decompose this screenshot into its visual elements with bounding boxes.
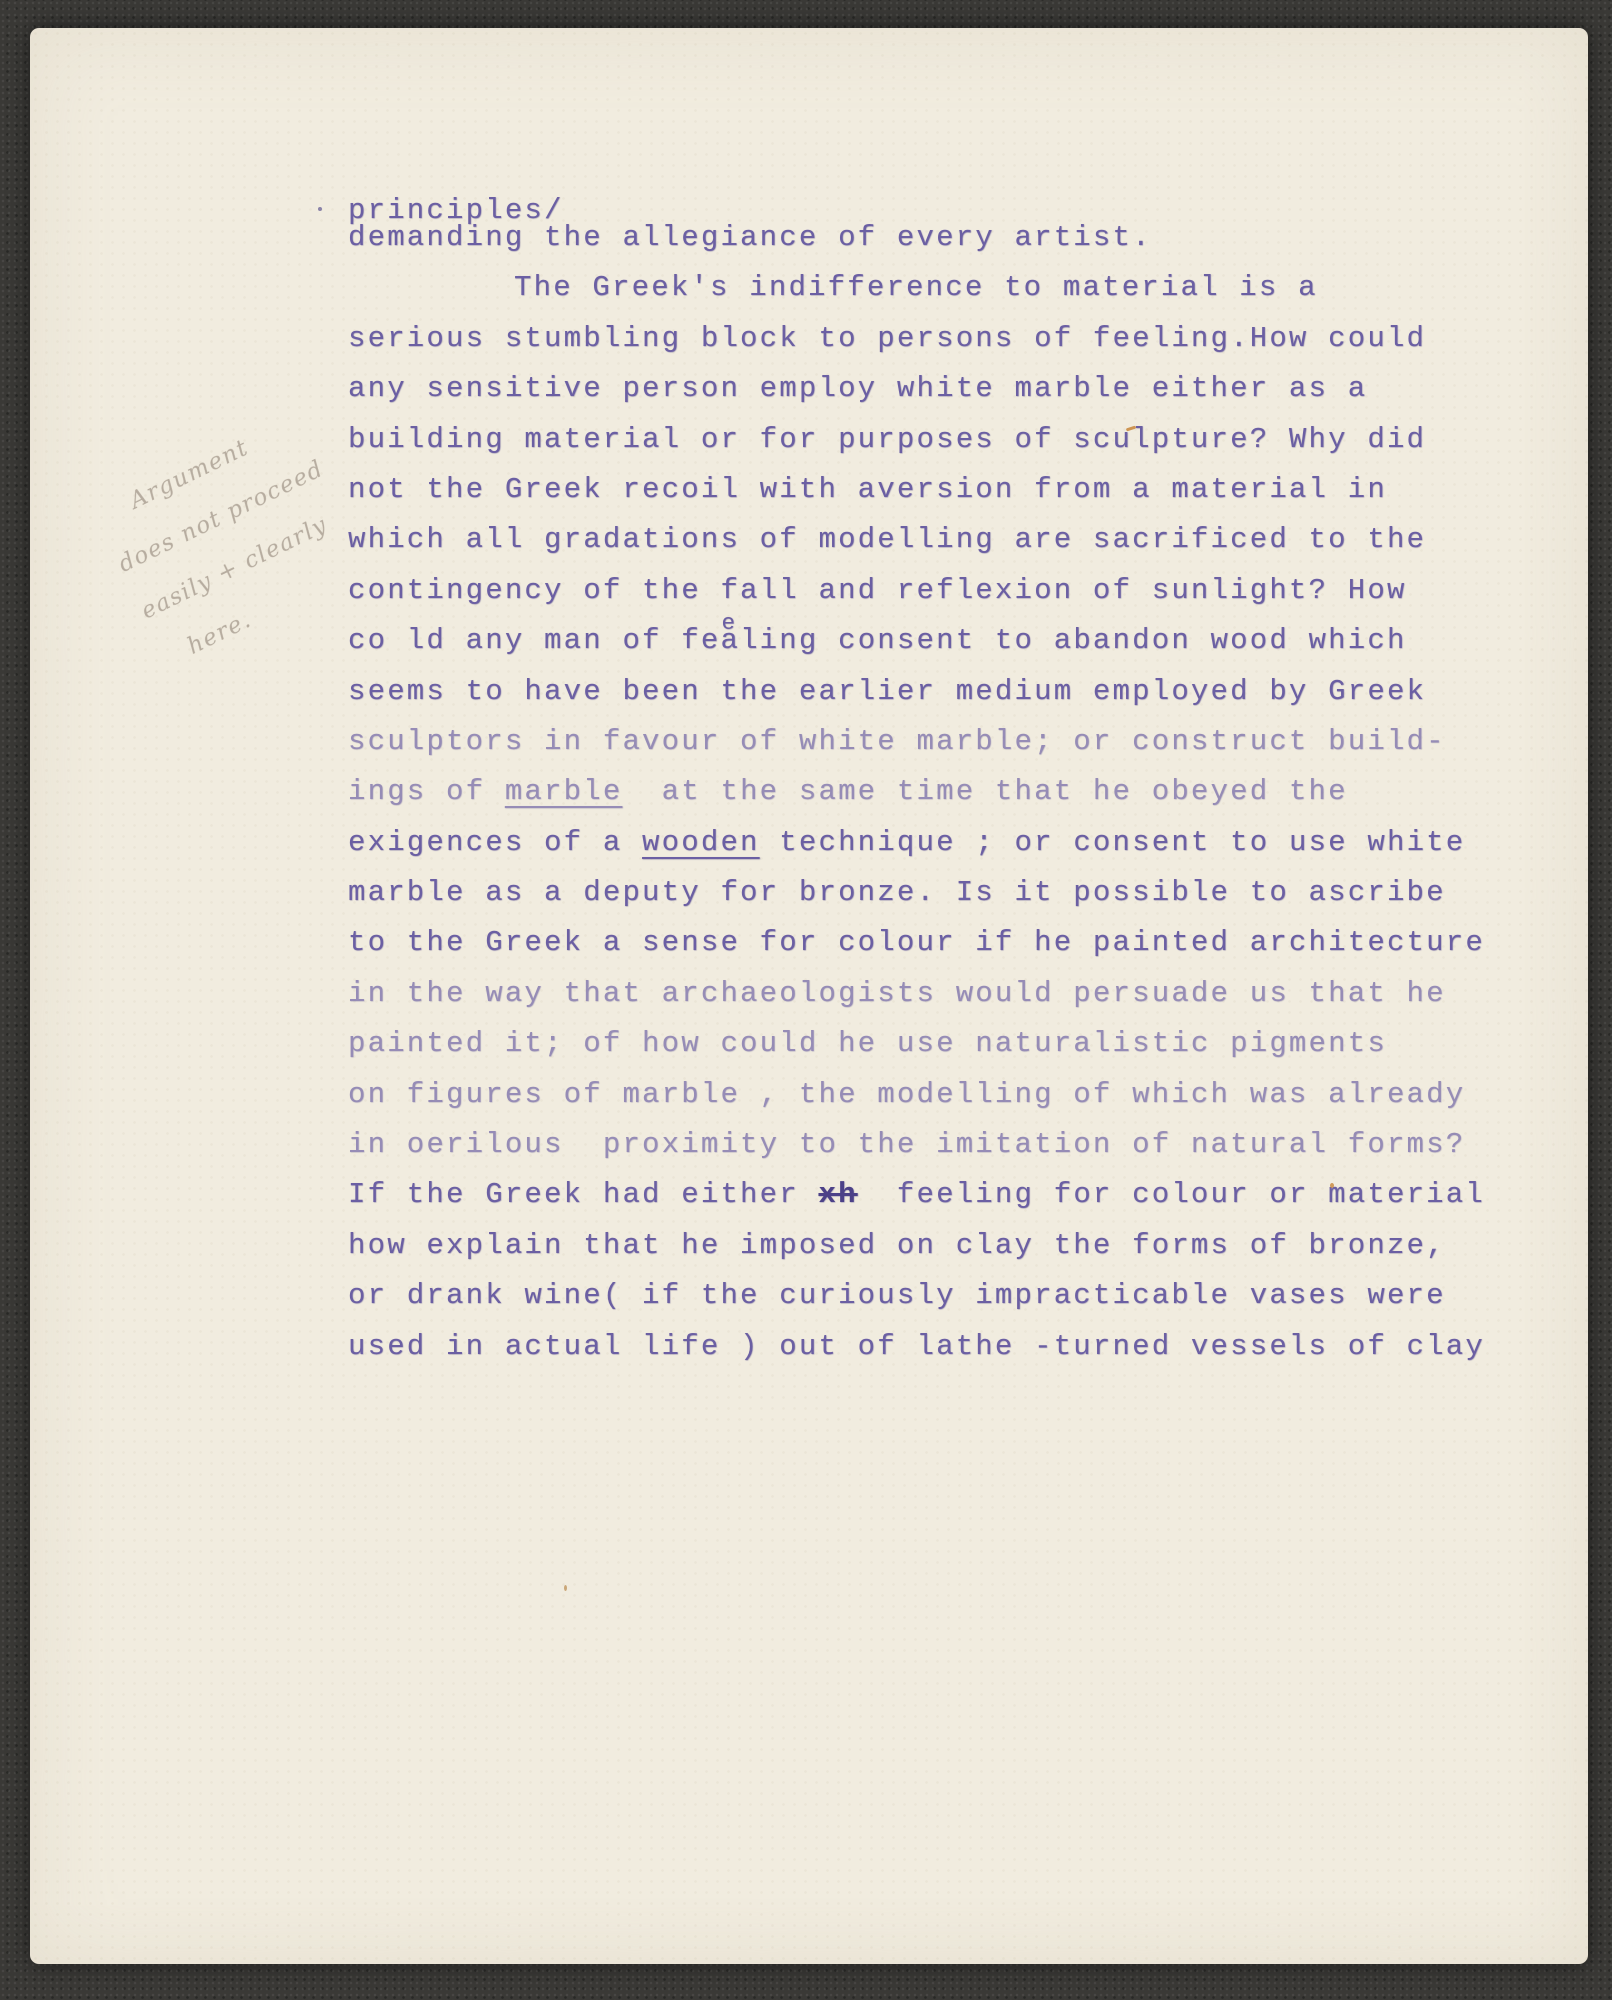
typescript-line: how explain that he imposed on clay the … [348,1229,1558,1279]
typescript-segment: seems to have been the earlier medium em… [348,675,1426,708]
typescript-segment: how explain that he imposed on clay the … [348,1229,1446,1262]
typescript-line: principles/ [348,194,1558,221]
typescript-line: to the Greek a sense for colour if he pa… [348,926,1558,976]
typescript-segment: co ld any man of fe [348,624,720,657]
typescript-segment: on figures of marble , the modelling of … [348,1078,1465,1111]
typescript-line: painted it; of how could he use naturali… [348,1027,1558,1077]
typescript-line: marble as a deputy for bronze. Is it pos… [348,876,1558,926]
typescript-line: The Greek's indifference to material is … [348,271,1558,321]
typed-correction-letter: e [721,610,735,636]
typescript-segment: in the way that archaeologists would per… [348,977,1446,1010]
paper-sheet: Argumentdoes not proceedeasily + clearly… [30,28,1588,1964]
ink-speck [318,207,322,211]
typescript-segment: painted it; of how could he use naturali… [348,1027,1387,1060]
typescript-segment: If the Greek had either [348,1178,818,1211]
typescript-segment: which all gradations of modelling are sa… [348,523,1426,556]
typescript-segment: serious stumbling block to persons of fe… [348,322,1426,355]
paper-blemish [564,1585,567,1591]
scan-background: Argumentdoes not proceedeasily + clearly… [0,0,1612,2000]
typescript-line: or drank wine( if the curiously impracti… [348,1279,1558,1329]
typescript-line: contingency of the fall and reflexion of… [348,574,1558,624]
typescript-segment: contingency of the fall and reflexion of… [348,574,1407,607]
typescript-segment: The Greek's indifference to material is … [514,271,1318,304]
typescript-line: ings of marble at the same time that he … [348,775,1558,825]
typescript-segment: used in actual life ) out of lathe -turn… [348,1330,1485,1363]
typescript-line: in oerilous proximity to the imitation o… [348,1128,1558,1178]
paper-blemish [1330,1183,1334,1188]
typescript-line: sculptors in favour of white marble; or … [348,725,1558,775]
typescript-segment: xh [818,1178,857,1211]
typescript-line: building material or for purposes of scu… [348,423,1558,473]
typescript-segment: feeling for colour or material [858,1178,1485,1211]
typescript-line: on figures of marble , the modelling of … [348,1078,1558,1128]
typescript-segment: ling consent to abandon wood which [740,624,1407,657]
typescript-segment: building material or for purposes of scu… [348,423,1426,456]
typescript-line: If the Greek had either xh feeling for c… [348,1178,1558,1228]
typescript-segment: wooden [642,826,760,859]
typescript-line: serious stumbling block to persons of fe… [348,322,1558,372]
margin-note-pencil: Argumentdoes not proceedeasily + clearly… [86,397,379,683]
typescript-line: exigences of a wooden technique ; or con… [348,826,1558,876]
typescript-line: demanding the allegiance of every artist… [348,221,1558,271]
typescript-segment: marble as a deputy for bronze. Is it pos… [348,876,1446,909]
typescript-segment: ings of [348,775,505,808]
typescript-line: in the way that archaeologists would per… [348,977,1558,1027]
typescript-segment: sculptors in favour of white marble; or … [348,725,1446,758]
typescript-line: co ld any man of feaeling consent to aba… [348,624,1558,674]
typescript-line: not the Greek recoil with aversion from … [348,473,1558,523]
typescript-line: any sensitive person employ white marble… [348,372,1558,422]
typescript-body: principles/demanding the allegiance of e… [348,194,1558,1380]
typescript-segment: not the Greek recoil with aversion from … [348,473,1387,506]
typescript-segment: ae [720,624,740,657]
typescript-segment: technique ; or consent to use white [760,826,1466,859]
typescript-segment: in oerilous proximity to the imitation o… [348,1128,1465,1161]
typescript-segment: or drank wine( if the curiously impracti… [348,1279,1446,1312]
typescript-segment: any sensitive person employ white marble… [348,372,1367,405]
typescript-segment: at the same time that he obeyed the [622,775,1347,808]
typescript-segment: marble [505,775,623,808]
typescript-segment: demanding the allegiance of every artist… [348,221,1152,254]
typescript-segment: exigences of a [348,826,642,859]
typescript-line: seems to have been the earlier medium em… [348,675,1558,725]
typescript-segment: to the Greek a sense for colour if he pa… [348,926,1485,959]
typescript-line: which all gradations of modelling are sa… [348,523,1558,573]
typescript-line: used in actual life ) out of lathe -turn… [348,1330,1558,1380]
